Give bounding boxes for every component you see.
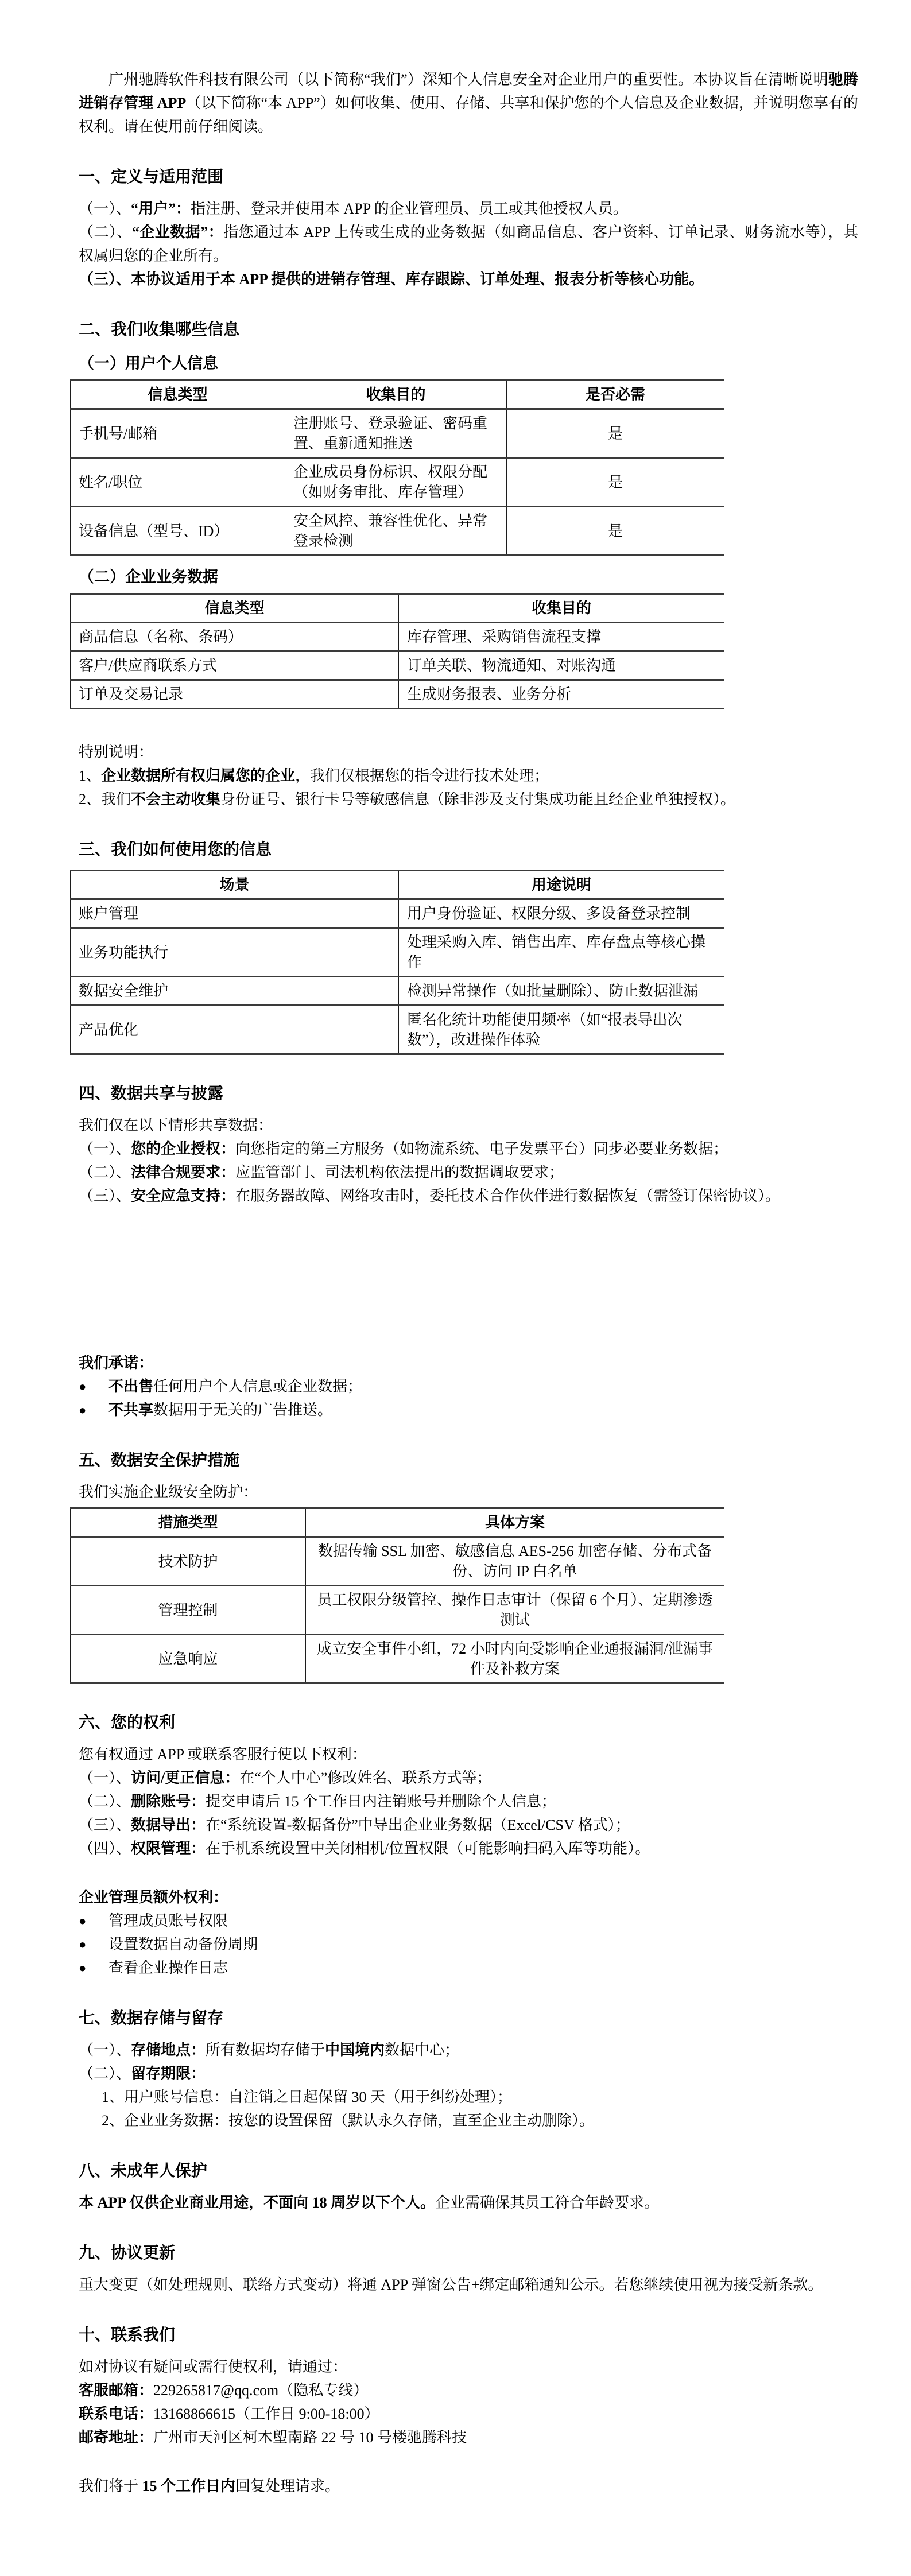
table-cell: 客户/供应商联系方式 [71,651,399,680]
paragraph: （三）、安全应急支持：在服务器故障、网络攻击时，委托技术合作伙伴进行数据恢复（需… [79,1184,858,1208]
section-8-heading: 八、未成年人保护 [79,2159,858,2184]
text-segment: 广州驰腾软件科技有限公司（以下简称“我们”）深知个人信息安全对企业用户的重要性。… [108,71,828,88]
bold-text-segment: 权限管理： [131,1840,206,1857]
paragraph: 1、企业数据所有权归属您的企业，我们仅根据您的指令进行技术处理； [79,764,858,787]
bold-text-segment: 客服邮箱： [79,2382,153,2399]
bold-text-segment: 企业数据所有权归属您的企业 [101,767,295,784]
paragraph: 我们实施企业级安全防护： [79,1480,858,1504]
bold-text-segment: 企业管理员额外权利： [79,1889,228,1906]
paragraph: （二）、删除账号：提交申请后 15 个工作日内注销账号并删除个人信息； [79,1790,858,1813]
table-cell: 订单关联、物流通知、对账沟通 [399,651,724,680]
text-segment: 我们实施企业级安全防护： [79,1484,258,1500]
paragraph: 企业管理员额外权利： [79,1886,858,1909]
text-segment: 2、我们 [79,791,131,808]
bold-text-segment: 法律合规要求： [131,1164,235,1181]
paragraph: （一）、存储地点：所有数据均存储于中国境内数据中心； [79,2038,858,2062]
page-gap [79,2449,858,2474]
table-row: 订单及交易记录生成财务报表、业务分析 [71,680,724,709]
column-header: 用途说明 [399,871,724,899]
paragraph: 1、用户账号信息：自注销之日起保留 30 天（用于纠纷处理）； [79,2085,858,2109]
table-cell: 数据安全维护 [71,977,399,1006]
table-cell: 数据传输 SSL 加密、敏感信息 AES-256 加密存储、分布式备份、访问 I… [306,1537,724,1586]
bullet-item: ●不共享数据用于无关的广告推送。 [79,1398,858,1422]
table-row: 姓名/职位企业成员身份标识、权限分配（如财务审批、库存管理）是 [71,458,724,507]
bullet-item: ●查看企业操作日志 [79,1956,858,1980]
bold-text-segment: 联系电话： [79,2406,153,2422]
table-row: 客户/供应商联系方式订单关联、物流通知、对账沟通 [71,651,724,680]
table-cell: 注册账号、登录验证、密码重置、重新通知推送 [285,409,507,458]
table-row: 产品优化匿名化统计功能使用频率（如“报表导出次数”），改进操作体验 [71,1006,724,1054]
table-header-row: 场景用途说明 [71,871,724,899]
text-segment: （二）、 [79,1164,131,1181]
text-segment: （二）、 [79,2065,131,2082]
intro-paragraph: 广州驰腾软件科技有限公司（以下简称“我们”）深知个人信息安全对企业用户的重要性。… [79,68,858,138]
bold-text-segment: 中国境内 [325,2042,385,2058]
section-7-heading: 七、数据存储与留存 [79,2006,858,2031]
table-cell: 订单及交易记录 [71,680,399,709]
paragraph: 如对协议有疑问或需行使权利，请通过： [79,2355,858,2379]
text-segment: 您有权通过 APP 或联系客服行使以下权利： [79,1746,367,1763]
table-cell: 应急响应 [71,1635,306,1683]
text-segment: 1、用户账号信息：自注销之日起保留 30 天（用于纠纷处理）； [102,2089,512,2105]
table-cell: 账户管理 [71,899,399,928]
section-9-heading: 九、协议更新 [79,2241,858,2266]
column-header: 场景 [71,871,399,899]
table-cell: 成立安全事件小组，72 小时内向受影响企业通报漏洞/泄漏事件及补救方案 [306,1635,724,1683]
table-row: 技术防护数据传输 SSL 加密、敏感信息 AES-256 加密存储、分布式备份、… [71,1537,724,1586]
table-cell: 员工权限分级管控、操作日志审计（保留 6 个月）、定期渗透测试 [306,1586,724,1635]
text-segment: （一）、 [79,1140,131,1157]
paragraph: （二）、“企业数据”：指您通过本 APP 上传或生成的业务数据（如商品信息、客户… [79,220,858,267]
paragraph: （四）、权限管理：在手机系统设置中关闭相机/位置权限（可能影响扫码入库等功能）。 [79,1837,858,1860]
bullet-item: ●管理成员账号权限 [79,1909,858,1933]
bullet-text: 设置数据自动备份周期 [108,1933,258,1956]
text-segment: （四）、 [79,1840,131,1857]
bullet-item: ●不出售任何用户个人信息或企业数据； [79,1375,858,1398]
section-3-heading: 三、我们如何使用您的信息 [79,837,858,863]
table-header-row: 信息类型收集目的是否必需 [71,381,724,409]
table-row: 数据安全维护检测异常操作（如批量删除）、防止数据泄漏 [71,977,724,1006]
text-segment: （二）、 [79,1793,131,1810]
table-cell: 安全风控、兼容性优化、异常登录检测 [285,507,507,556]
text-segment: 查看企业操作日志 [108,1960,228,1976]
text-segment: 在手机系统设置中关闭相机/位置权限（可能影响扫码入库等功能）。 [206,1840,650,1857]
table-cell: 检测异常操作（如批量删除）、防止数据泄漏 [399,977,724,1006]
table-cell: 用户身份验证、权限分级、多设备登录控制 [399,899,724,928]
table-row: 设备信息（型号、ID）安全风控、兼容性优化、异常登录检测是 [71,507,724,556]
personal-info-table: 信息类型收集目的是否必需手机号/邮箱注册账号、登录验证、密码重置、重新通知推送是… [70,379,724,556]
bold-text-segment: 您的企业授权： [131,1140,235,1157]
table-cell: 库存管理、采购销售流程支撑 [399,623,724,651]
document-body: 广州驰腾软件科技有限公司（以下简称“我们”）深知个人信息安全对企业用户的重要性。… [0,0,911,2498]
section-10-heading: 十、联系我们 [79,2323,858,2348]
paragraph: 我们仅在以下情形共享数据： [79,1114,858,1137]
column-header: 信息类型 [71,381,285,409]
table-cell: 业务功能执行 [71,928,399,977]
text-segment: 指注册、登录并使用本 APP 的企业管理员、员工或其他授权人员。 [191,200,628,217]
table-cell: 管理控制 [71,1586,306,1635]
text-segment: （以下简称“本 APP”）如何收集、使用、存储、共享和保护您的个人信息及企业数据… [79,95,858,135]
table-cell: 生成财务报表、业务分析 [399,680,724,709]
section-2-1-subheading: （一）用户个人信息 [79,351,858,376]
table-row: 应急响应成立安全事件小组，72 小时内向受影响企业通报漏洞/泄漏事件及补救方案 [71,1635,724,1683]
bold-text-segment: 存储地点： [131,2042,206,2058]
paragraph: 我们将于 15 个工作日内回复处理请求。 [79,2474,858,2498]
column-header: 措施类型 [71,1508,306,1537]
bullet-text: 管理成员账号权限 [108,1909,228,1933]
bold-text-segment: （三）、本协议适用于本 APP 提供的进销存管理、库存跟踪、订单处理、报表分析等… [79,271,704,288]
table-header-row: 措施类型具体方案 [71,1508,724,1537]
column-header: 信息类型 [71,594,399,623]
paragraph: （二）、留存期限： [79,2062,858,2085]
paragraph: （三）、本协议适用于本 APP 提供的进销存管理、库存跟踪、订单处理、报表分析等… [79,267,858,291]
paragraph: （一）、访问/更正信息：在“个人中心”修改姓名、联系方式等； [79,1766,858,1790]
table-header-row: 信息类型收集目的 [71,594,724,623]
section-1-heading: 一、定义与适用范围 [79,165,858,190]
bullet-text: 不共享数据用于无关的广告推送。 [108,1398,332,1422]
paragraph: 我们承诺： [79,1351,858,1375]
bullet-icon: ● [79,1909,108,1933]
column-header: 收集目的 [399,594,724,623]
bold-text-segment: 访问/更正信息： [131,1770,239,1786]
column-header: 收集目的 [285,381,507,409]
text-segment: 特别说明： [79,744,153,761]
text-segment: 1、 [79,767,101,784]
text-segment: （三）、 [79,1817,131,1833]
bold-text-segment: 本 APP 仅供企业商业用途，不面向 18 周岁以下个人。 [79,2194,435,2211]
bold-text-segment: 不共享 [108,1402,153,1418]
bold-text-segment: 安全应急支持： [131,1188,235,1204]
paragraph: 本 APP 仅供企业商业用途，不面向 18 周岁以下个人。企业需确保其员工符合年… [79,2191,858,2214]
table-cell: 姓名/职位 [71,458,285,507]
text-segment: 数据用于无关的广告推送。 [153,1402,332,1418]
paragraph: 2、我们不会主动收集身份证号、银行卡号等敏感信息（除非涉及支付集成功能且经企业单… [79,787,858,811]
table-cell: 产品优化 [71,1006,399,1054]
paragraph: 特别说明： [79,740,858,764]
page-gap [79,715,858,740]
paragraph: 您有权通过 APP 或联系客服行使以下权利： [79,1743,858,1766]
contact-address-line: 邮寄地址：广州市天河区柯木塱南路 22 号 10 号楼驰腾科技 [79,2426,858,2449]
text-segment: ，我们仅根据您的指令进行技术处理； [295,767,549,784]
text-segment: 我们仅在以下情形共享数据： [79,1117,273,1134]
column-header: 是否必需 [507,381,724,409]
paragraph: （三）、数据导出：在“系统设置-数据备份”中导出企业业务数据（Excel/CSV… [79,1813,858,1837]
table-cell: 设备信息（型号、ID） [71,507,285,556]
table-cell: 技术防护 [71,1537,306,1586]
text-segment: 向您指定的第三方服务（如物流系统、电子发票平台）同步必要业务数据； [235,1140,728,1157]
text-segment: （一）、 [79,200,131,217]
bold-text-segment: 我们承诺： [79,1355,153,1371]
bold-text-segment: “用户”： [131,200,191,217]
table-row: 业务功能执行处理采购入库、销售出库、库存盘点等核心操作 [71,928,724,977]
table-cell: 是 [507,458,724,507]
text-segment: 设置数据自动备份周期 [108,1936,258,1953]
text-segment: （三）、 [79,1188,131,1204]
bullet-icon: ● [79,1933,108,1956]
paragraph: （一）、您的企业授权：向您指定的第三方服务（如物流系统、电子发票平台）同步必要业… [79,1137,858,1161]
section-2-heading: 二、我们收集哪些信息 [79,317,858,343]
bullet-text: 不出售任何用户个人信息或企业数据； [108,1375,362,1398]
text-segment: 2、企业业务数据：按您的设置保留（默认永久存储，直至企业主动删除）。 [102,2112,594,2129]
business-data-table: 信息类型收集目的商品信息（名称、条码）库存管理、采购销售流程支撑客户/供应商联系… [70,593,724,709]
section-2-2-subheading: （二）企业业务数据 [79,564,858,589]
table-cell: 商品信息（名称、条码） [71,623,399,651]
text-segment: 229265817@qq.com（隐私专线） [153,2382,368,2399]
text-segment: 提交申请后 15 个工作日内注销账号并删除个人信息； [206,1793,556,1810]
table-cell: 手机号/邮箱 [71,409,285,458]
table-cell: 是 [507,507,724,556]
bold-text-segment: “企业数据”： [132,224,223,240]
table-cell: 是 [507,409,724,458]
bold-text-segment: 15 个工作日内 [142,2478,236,2494]
text-segment: 在服务器故障、网络攻击时，委托技术合作伙伴进行数据恢复（需签订保密协议）。 [235,1188,780,1204]
text-segment: 管理成员账号权限 [108,1912,228,1929]
table-cell: 处理采购入库、销售出库、库存盘点等核心操作 [399,928,724,977]
text-segment: 应监管部门、司法机构依法提出的数据调取要求； [235,1164,564,1181]
bold-text-segment: 数据导出： [131,1817,206,1833]
bullet-item: ●设置数据自动备份周期 [79,1933,858,1956]
table-row: 管理控制员工权限分级管控、操作日志审计（保留 6 个月）、定期渗透测试 [71,1586,724,1635]
text-segment: 任何用户个人信息或企业数据； [153,1378,362,1395]
text-segment: （一）、 [79,1770,131,1786]
paragraph: （一）、“用户”：指注册、登录并使用本 APP 的企业管理员、员工或其他授权人员… [79,197,858,220]
table-row: 手机号/邮箱注册账号、登录验证、密码重置、重新通知推送是 [71,409,724,458]
table-cell: 企业成员身份标识、权限分配（如财务审批、库存管理） [285,458,507,507]
text-segment: 身份证号、银行卡号等敏感信息（除非涉及支付集成功能且经企业单独授权）。 [220,791,735,808]
text-segment: 回复处理请求。 [235,2478,340,2494]
table-cell: 匿名化统计功能使用频率（如“报表导出次数”），改进操作体验 [399,1006,724,1054]
text-segment: 如对协议有疑问或需行使权利，请通过： [79,2358,347,2375]
contact-phone-line: 联系电话：13168866615（工作日 9:00-18:00） [79,2402,858,2426]
page-gap [79,1860,858,1886]
bold-text-segment: 删除账号： [131,1793,206,1810]
bold-text-segment: 不出售 [108,1378,153,1395]
bold-text-segment: 不会主动收集 [131,791,220,808]
text-segment: 在“系统设置-数据备份”中导出企业业务数据（Excel/CSV 格式）； [206,1817,630,1833]
text-segment: 数据中心； [385,2042,459,2058]
section-4-heading: 四、数据共享与披露 [79,1081,858,1107]
bullet-text: 查看企业操作日志 [108,1956,228,1980]
text-segment: 我们将于 [79,2478,142,2494]
text-segment: （二）、 [79,224,132,240]
table-row: 账户管理用户身份验证、权限分级、多设备登录控制 [71,899,724,928]
contact-email-line: 客服邮箱：229265817@qq.com（隐私专线） [79,2379,858,2402]
bullet-icon: ● [79,1375,108,1398]
document-page: 广州驰腾软件科技有限公司（以下简称“我们”）深知个人信息安全对企业用户的重要性。… [0,0,911,2576]
text-segment: 13168866615（工作日 9:00-18:00） [153,2406,379,2422]
bullet-icon: ● [79,1398,108,1422]
text-segment: 重大变更（如处理规则、联络方式变动）将通 APP 弹窗公告+绑定邮箱通知公示。若… [79,2276,823,2293]
table-row: 商品信息（名称、条码）库存管理、采购销售流程支撑 [71,623,724,651]
paragraph: （二）、法律合规要求：应监管部门、司法机构依法提出的数据调取要求； [79,1161,858,1184]
text-segment: （一）、 [79,2042,131,2058]
text-segment: 在“个人中心”修改姓名、联系方式等； [239,1770,491,1786]
page-gap [79,1208,858,1351]
text-segment: 广州市天河区柯木塱南路 22 号 10 号楼驰腾科技 [153,2429,467,2446]
text-segment: 企业需确保其员工符合年龄要求。 [435,2194,659,2211]
column-header: 具体方案 [306,1508,724,1537]
paragraph: 重大变更（如处理规则、联络方式变动）将通 APP 弹窗公告+绑定邮箱通知公示。若… [79,2273,858,2296]
usage-table: 场景用途说明账户管理用户身份验证、权限分级、多设备登录控制业务功能执行处理采购入… [70,870,724,1055]
security-measures-table: 措施类型具体方案技术防护数据传输 SSL 加密、敏感信息 AES-256 加密存… [70,1507,724,1684]
bullet-icon: ● [79,1956,108,1980]
section-5-heading: 五、数据安全保护措施 [79,1448,858,1473]
paragraph: 2、企业业务数据：按您的设置保留（默认永久存储，直至企业主动删除）。 [79,2109,858,2132]
section-6-heading: 六、您的权利 [79,1710,858,1736]
bold-text-segment: 留存期限： [131,2065,206,2082]
bold-text-segment: 邮寄地址： [79,2429,153,2446]
text-segment: 所有数据均存储于 [206,2042,325,2058]
